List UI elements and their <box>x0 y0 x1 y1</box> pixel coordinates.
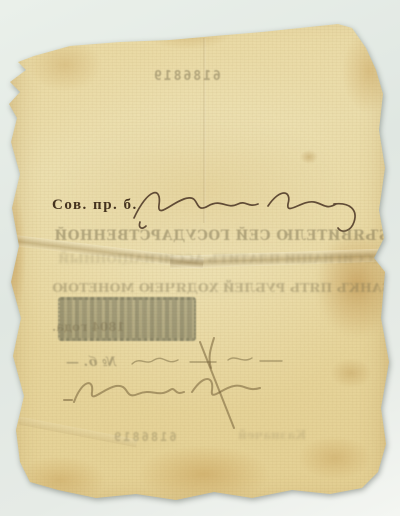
cashier-signature-bleed <box>62 338 287 434</box>
stain-top-center <box>140 8 235 50</box>
serial-bottom-text: 6186819 <box>112 430 177 444</box>
stain-bottom-center <box>138 445 270 503</box>
serial-top-bleed: 6186819 <box>152 69 221 84</box>
stain-bottom-right <box>298 436 372 480</box>
embossed-stamp-bleed <box>58 297 196 341</box>
bleed-line-1-text: ОБЪЯВИТЕЛЮ СЕЙ ГОСУДАРСТВЕННОЙ <box>54 228 400 244</box>
paper-grain-texture <box>0 0 400 516</box>
bleed-line-2: АССИГНАЦІИ ПЛАТИТЪ АССИГНАЦІОННЫЙ <box>58 252 383 266</box>
date-bleed: 1804 года. <box>52 320 125 334</box>
treasurer-word-text: Казначей <box>238 428 306 442</box>
fox-spot-lower <box>330 358 372 388</box>
bleed-line-3: БАНКЪ ПЯТЬ РУБЛЕЙ ХОДЯЧЕЮ МОНЕТОЮ <box>52 280 393 295</box>
photo-backdrop: 6186819 Сов. пр. б. ОБЪЯВИТЕЛЮ СЕЙ ГОСУД… <box>0 0 400 516</box>
banknote-paper: 6186819 Сов. пр. б. ОБЪЯВИТЕЛЮ СЕЙ ГОСУД… <box>0 0 400 516</box>
bleed-line-3-text: БАНКЪ ПЯТЬ РУБЛЕЙ ХОДЯЧЕЮ МОНЕТОЮ <box>52 280 393 295</box>
handwritten-number-bleed: № б. — <box>66 355 116 370</box>
fox-spot <box>300 150 318 164</box>
handwritten-number-text: № б. — <box>66 355 116 370</box>
fold-vertical-center <box>203 38 206 223</box>
stain-center-wash <box>55 115 345 265</box>
serial-top-text: 6186819 <box>152 69 221 84</box>
bleed-line-1: ОБЪЯВИТЕЛЮ СЕЙ ГОСУДАРСТВЕННОЙ <box>54 228 400 244</box>
date-bleed-text: 1804 года. <box>52 320 125 334</box>
stain-top-right-edge <box>342 28 396 114</box>
handwriting-squiggle <box>130 352 290 372</box>
stain-right-middle <box>316 230 398 338</box>
bleed-line-2-text: АССИГНАЦІИ ПЛАТИТЪ АССИГНАЦІОННЫЙ <box>58 252 383 266</box>
crease-bottom-left <box>18 417 137 448</box>
serial-bottom-bleed: 6186819 <box>112 430 177 444</box>
handwritten-signature <box>128 178 363 240</box>
treasurer-word-bleed: Казначей <box>238 428 306 442</box>
paper-shadow-wrap: 6186819 Сов. пр. б. ОБЪЯВИТЕЛЮ СЕЙ ГОСУД… <box>0 0 400 516</box>
stain-left-edge <box>0 188 26 322</box>
crease-diagonal-left <box>4 234 204 269</box>
stain-bottom-left <box>14 456 106 504</box>
stain-top-left <box>28 38 102 92</box>
endorsement-label: Сов. пр. б. <box>52 197 138 214</box>
crease-horizontal-right <box>170 248 400 269</box>
